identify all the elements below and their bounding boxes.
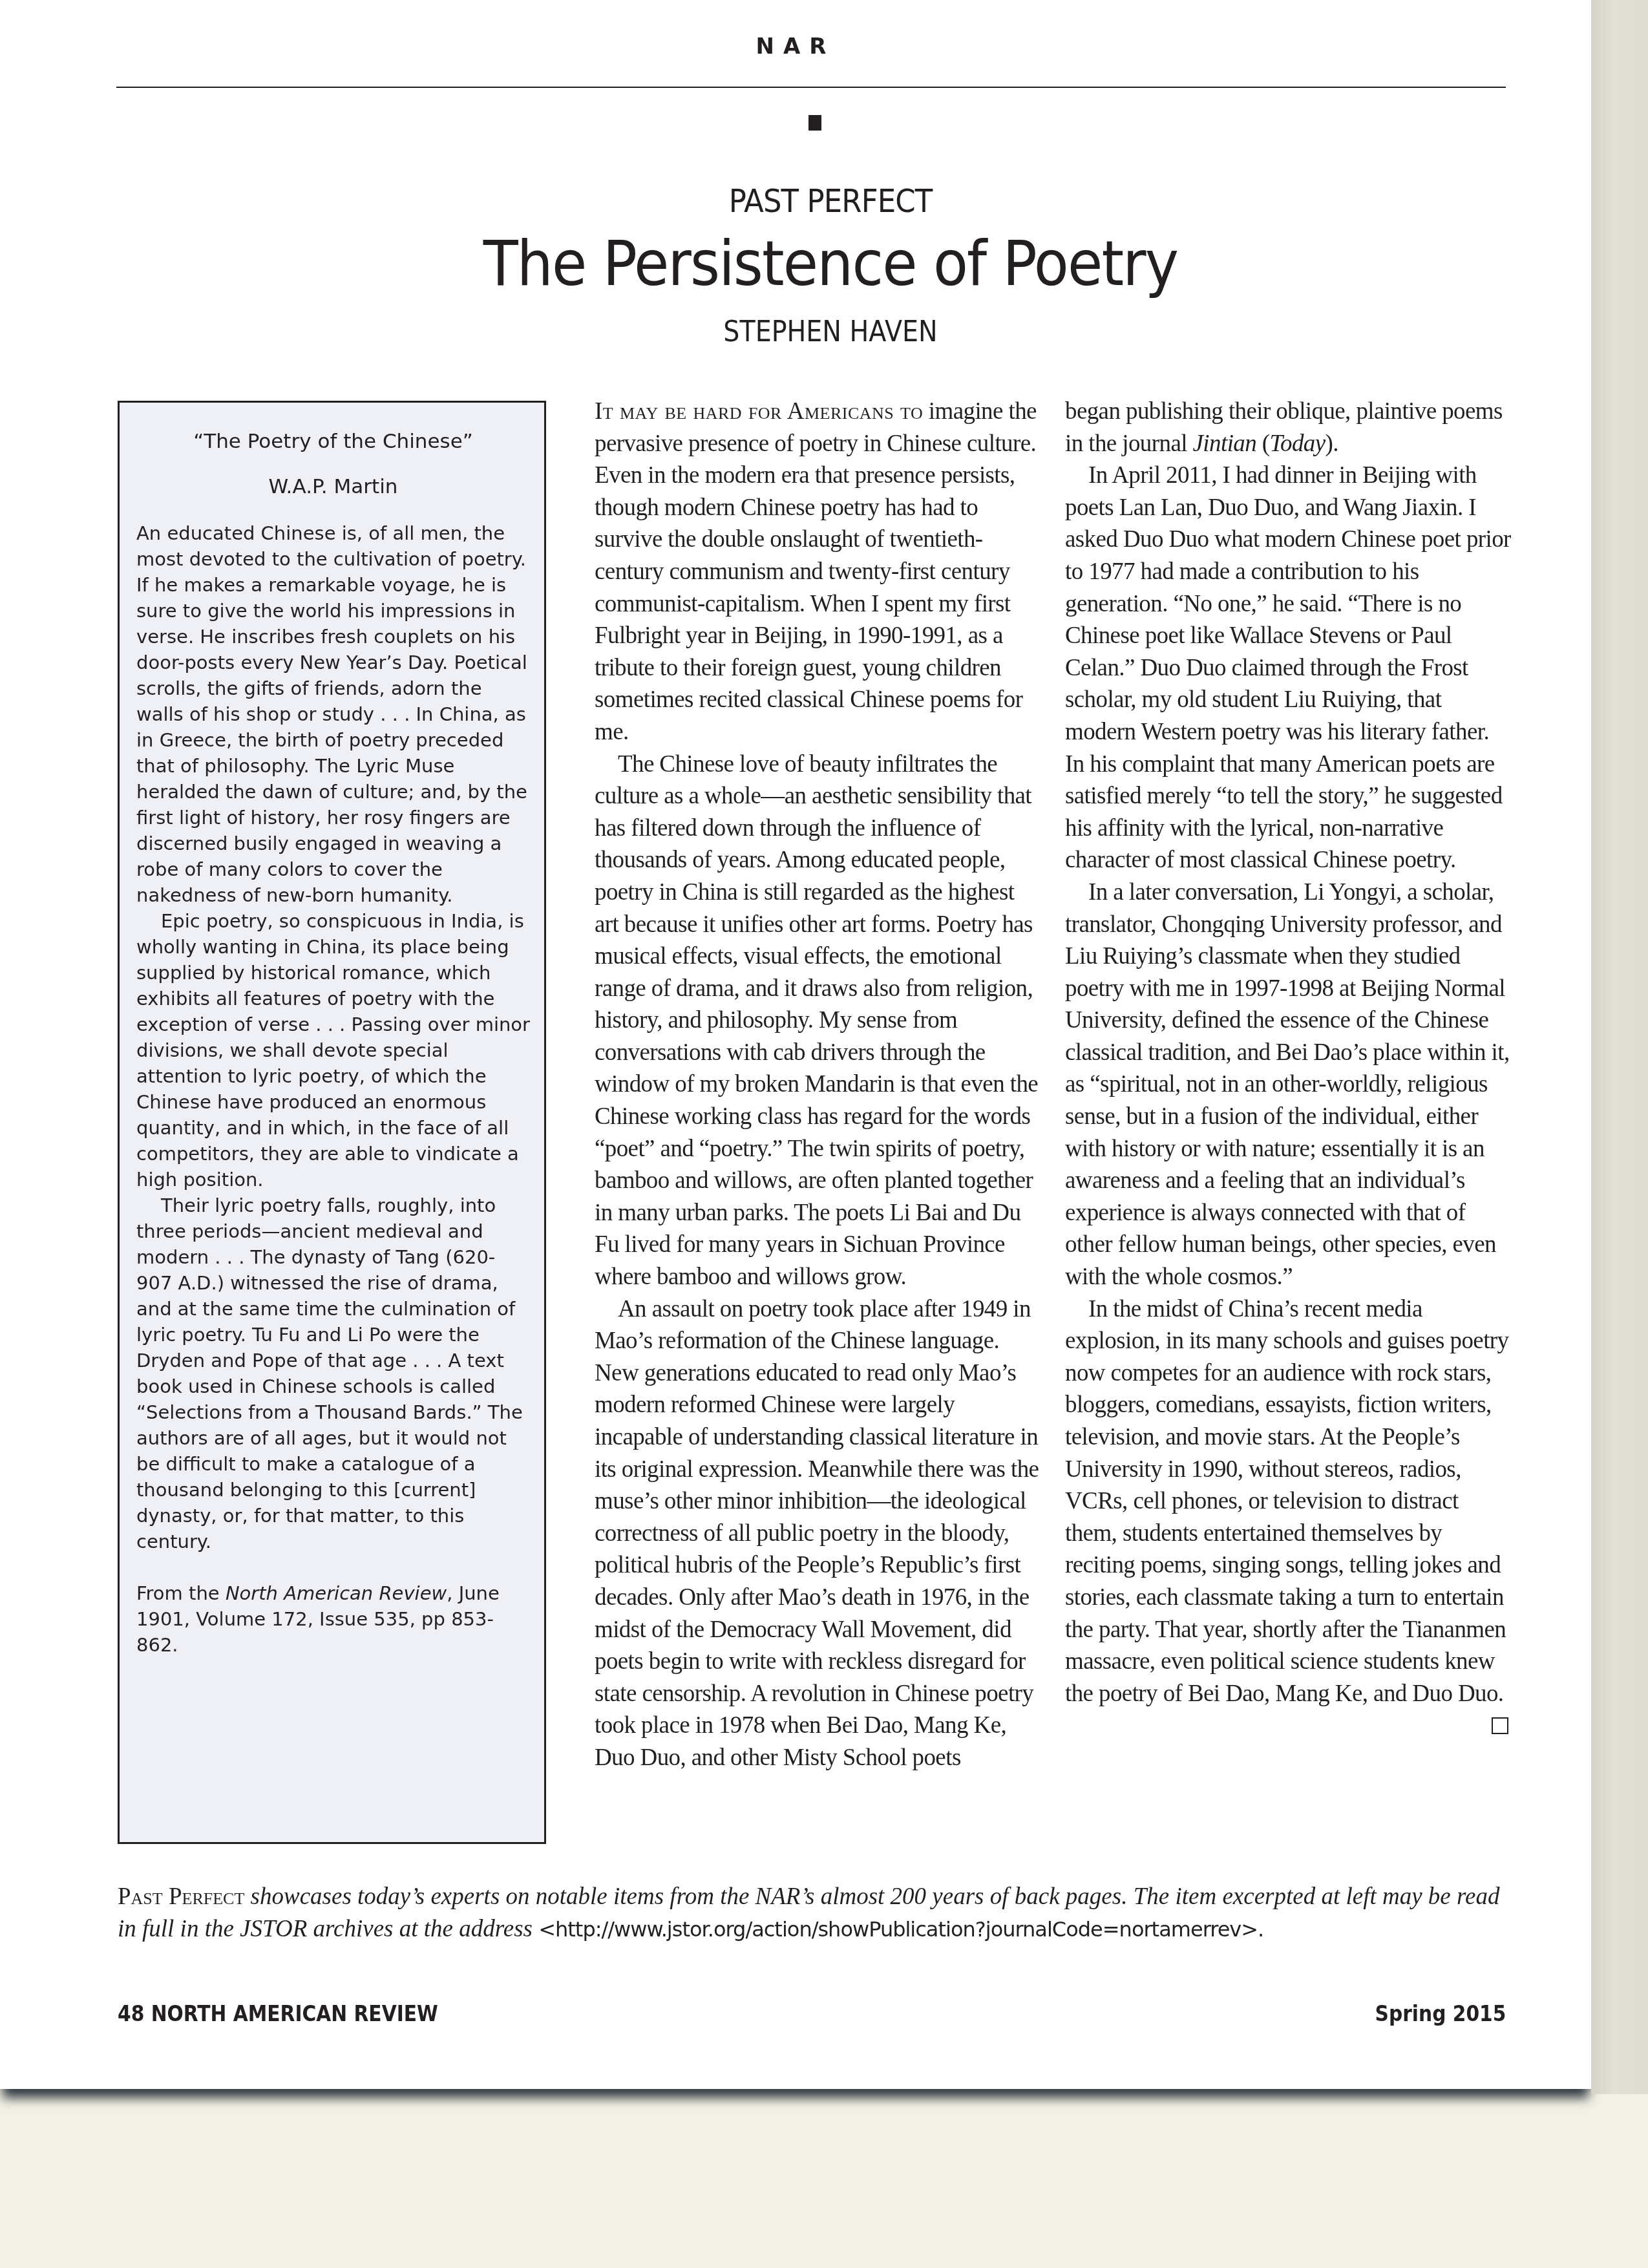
excerpt-paragraph: An educated Chinese is, of all men, the … — [136, 520, 530, 908]
excerpt-author: W.A.P. Martin — [136, 474, 530, 500]
excerpt-title: “The Poetry of the Chinese” — [136, 429, 530, 454]
magazine-page: NAR PAST PERFECT The Persistence of Poet… — [0, 0, 1591, 2089]
body-paragraph: The Chinese love of beauty infiltrates t… — [595, 748, 1041, 1293]
body-column-middle: It may be hard for Americans to imagine … — [595, 396, 1041, 1774]
article-byline: STEPHEN HAVEN — [83, 315, 1578, 348]
note-lead: Past Perfect — [118, 1883, 244, 1910]
body-paragraph: In a later conversation, Li Yongyi, a sc… — [1065, 876, 1511, 1293]
body-paragraph: In the midst of China’s recent media exp… — [1065, 1293, 1511, 1710]
excerpt-sidebar: “The Poetry of the Chinese” W.A.P. Marti… — [118, 401, 546, 1844]
excerpt-paragraph: Epic poetry, so conspicuous in India, is… — [136, 908, 530, 1192]
header-rule — [116, 87, 1506, 88]
source-publication: North American Review — [226, 1582, 447, 1604]
running-head: NAR — [0, 34, 1591, 59]
past-perfect-note: Past Perfect showcases today’s experts o… — [118, 1881, 1507, 1945]
excerpt-source: From the North American Review, June 190… — [136, 1580, 530, 1658]
end-of-article-square-icon — [1492, 1717, 1508, 1734]
body-paragraph-continued: began publishing their oblique, plaintiv… — [1065, 396, 1511, 460]
body-paragraph: In April 2011, I had dinner in Beijing w… — [1065, 460, 1511, 876]
scanner-background-edge — [1591, 0, 1648, 2094]
folio-issue: Spring 2015 — [1375, 2001, 1506, 2026]
folio-page-publication: 48 NORTH AMERICAN REVIEW — [118, 2001, 438, 2026]
section-square-icon — [808, 115, 821, 131]
excerpt-paragraph: Their lyric poetry falls, roughly, into … — [136, 1192, 530, 1554]
lead-in: It may be hard for Americans to — [595, 398, 923, 425]
jstor-url-link[interactable]: <http://www.jstor.org/action/showPublica… — [538, 1917, 1263, 1942]
article-title: The Persistence of Poetry — [67, 228, 1594, 300]
body-paragraph: It may be hard for Americans to imagine … — [595, 396, 1041, 748]
section-kicker: PAST PERFECT — [83, 182, 1578, 220]
body-paragraph: An assault on poetry took place after 19… — [595, 1293, 1041, 1774]
body-column-right: began publishing their oblique, plaintiv… — [1065, 396, 1511, 1734]
